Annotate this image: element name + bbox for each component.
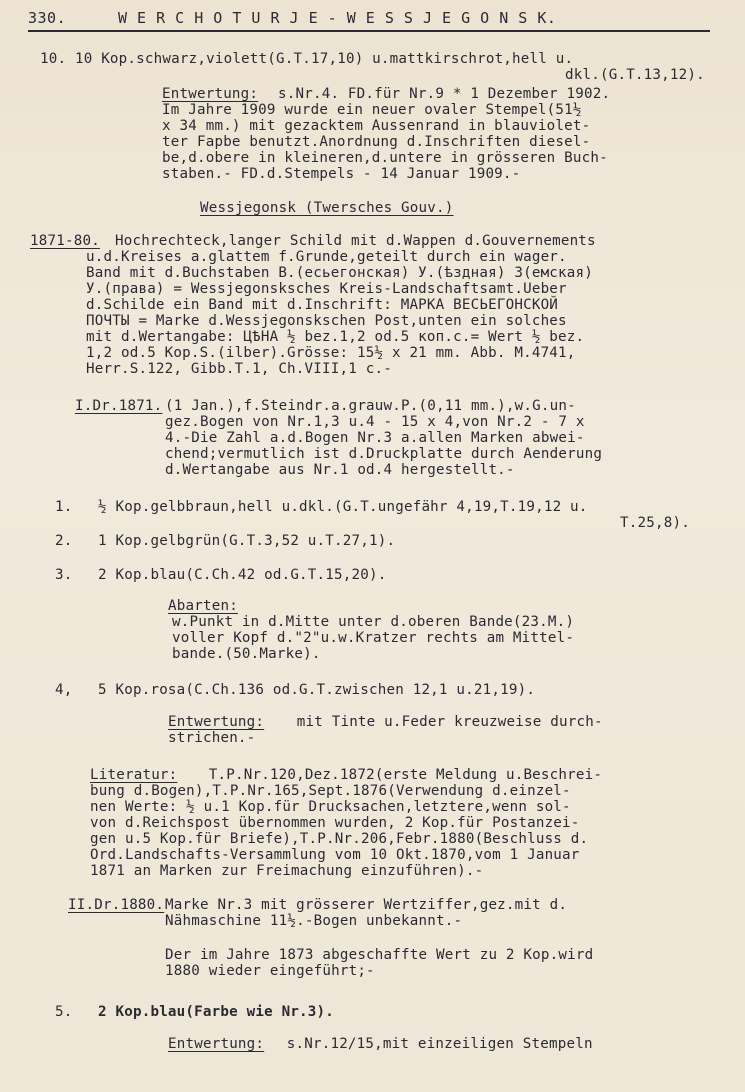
literatur-text: bung d.Bogen),T.P.Nr.165,Sept.1876(Verwe… (90, 783, 571, 799)
intro-text: ПОЧТЫ = Marke d.Wessjegonskschen Post,un… (86, 313, 567, 329)
literatur-text: Ord.Landschafts-Versammlung vom 10 Okt.1… (90, 847, 580, 863)
intro-text: Band mit d.Buchstaben В.(есьегонская) У.… (86, 265, 593, 281)
entwertung4-text: mit Tinte u.Feder kreuzweise durch- (288, 714, 603, 730)
literatur-text: nen Werte: ½ u.1 Kop.für Drucksachen,let… (90, 799, 571, 815)
literatur-text: von d.Reichspost übernommen wurden, 2 Ko… (90, 815, 580, 831)
druck1-label: I.Dr.1871. (75, 398, 162, 414)
stamp-number: 1. (55, 499, 72, 515)
document-page: 330. W E R C H O T U R J E - W E S S J E… (0, 0, 745, 1092)
stamp-number: 3. (55, 567, 72, 583)
stamp-description: 5 Kop.rosa(C.Ch.136 od.G.T.zwischen 12,1… (98, 682, 535, 698)
druck2-text: Marke Nr.3 mit grösserer Wertziffer,gez.… (165, 897, 567, 913)
page-title: W E R C H O T U R J E - W E S S J E G O … (118, 10, 556, 26)
abarten-text: voller Kopf d."2"u.w.Kratzer rechts am M… (172, 630, 574, 646)
druck2-note: Der im Jahre 1873 abgeschaffte Wert zu 2… (165, 947, 593, 963)
abarten-text: w.Punkt in d.Mitte unter d.oberen Bande(… (172, 614, 574, 630)
stamp-number: 2. (55, 533, 72, 549)
stamp-number: 5. (55, 1004, 72, 1020)
stamp-description: 2 Kop.blau(C.Ch.42 od.G.T.15,20). (98, 567, 386, 583)
item10-line1: 10. 10 Kop.schwarz,violett(G.T.17,10) u.… (40, 51, 573, 67)
page-number: 330. (28, 10, 66, 26)
item10-text: x 34 mm.) mit gezacktem Aussenrand in bl… (162, 118, 590, 134)
druck1-text: 4.-Die Zahl a.d.Bogen Nr.3 a.allen Marke… (165, 430, 585, 446)
literatur-label: Literatur: (90, 767, 177, 783)
druck1-text: (1 Jan.),f.Steindr.a.grauw.P.(0,11 mm.),… (165, 398, 576, 414)
item10-text: staben.- FD.d.Stempels - 14 Januar 1909.… (162, 166, 520, 182)
stamp-description: 1 Kop.gelbgrün(G.T.3,52 u.T.27,1). (98, 533, 395, 549)
abarten-label: Abarten: (168, 598, 238, 614)
item10-text: be,d.obere in kleineren,d.untere in grös… (162, 150, 608, 166)
intro-text: Hochrechteck,langer Schild mit d.Wappen … (115, 233, 596, 249)
item10-text: Im Jahre 1909 wurde ein neuer ovaler Ste… (162, 102, 582, 118)
literatur-text: T.P.Nr.120,Dez.1872(erste Meldung u.Besc… (200, 767, 602, 783)
item10-text: ter Fapbe benutzt.Anordnung d.Inschrifte… (162, 134, 590, 150)
druck2-note: 1880 wieder eingeführt;- (165, 963, 375, 979)
druck2-text: Nähmaschine 11½.-Bogen unbekannt.- (165, 913, 462, 929)
header-rule (28, 30, 710, 32)
entwertung5-text: s.Nr.12/15,mit einzeiligen Stempeln (278, 1036, 593, 1052)
literatur-text: gen u.5 Kop.für Briefe),T.P.Nr.206,Febr.… (90, 831, 588, 847)
intro-text: 1,2 od.5 Kop.S.(ilber).Grösse: 15½ x 21 … (86, 345, 576, 361)
item10-line2: dkl.(G.T.13,12). (565, 67, 705, 83)
intro-text: Herr.S.122, Gibb.T.1, Ch.VIII,1 c.- (86, 361, 392, 377)
intro-text: У.(права) = Wessjegonsksches Kreis-Lands… (86, 281, 567, 297)
intro-text: d.Schilde ein Band mit d.Inschrift: МАРК… (86, 297, 558, 313)
intro-label: 1871-80. (30, 233, 100, 249)
druck1-text: chend;vermutlich ist d.Druckplatte durch… (165, 446, 602, 462)
item10-entwertung-label: Entwertung: (162, 86, 258, 102)
stamp-number: 4, (55, 682, 72, 698)
intro-text: u.d.Kreises a.glattem f.Grunde,geteilt d… (86, 249, 567, 265)
intro-text: mit d.Wertangabe: ЦѢНА ½ bez.1,2 od.5 ко… (86, 329, 584, 345)
section-title: Wessjegonsk (Twersches Gouv.) (200, 200, 454, 216)
stamp-description: ½ Kop.gelbbraun,hell u.dkl.(G.T.ungefähr… (98, 499, 588, 515)
stamp-description: 2 Kop.blau(Farbe wie Nr.3). (98, 1004, 334, 1020)
abarten-text: bande.(50.Marke). (172, 646, 321, 662)
literatur-text: 1871 an Marken zur Freimachung einzuführ… (90, 863, 483, 879)
entwertung5-label: Entwertung: (168, 1036, 264, 1052)
druck1-text: d.Wertangabe aus Nr.1 od.4 hergestellt.- (165, 462, 515, 478)
druck2-label: II.Dr.1880. (68, 897, 164, 913)
druck1-text: gez.Bogen von Nr.1,3 u.4 - 15 x 4,von Nr… (165, 414, 585, 430)
stamp-description: T.25,8). (620, 515, 690, 531)
entwertung4-label: Entwertung: (168, 714, 264, 730)
item10-text: s.Nr.4. FD.für Nr.9 * 1 Dezember 1902. (278, 86, 610, 102)
entwertung4-text: strichen.- (168, 730, 255, 746)
